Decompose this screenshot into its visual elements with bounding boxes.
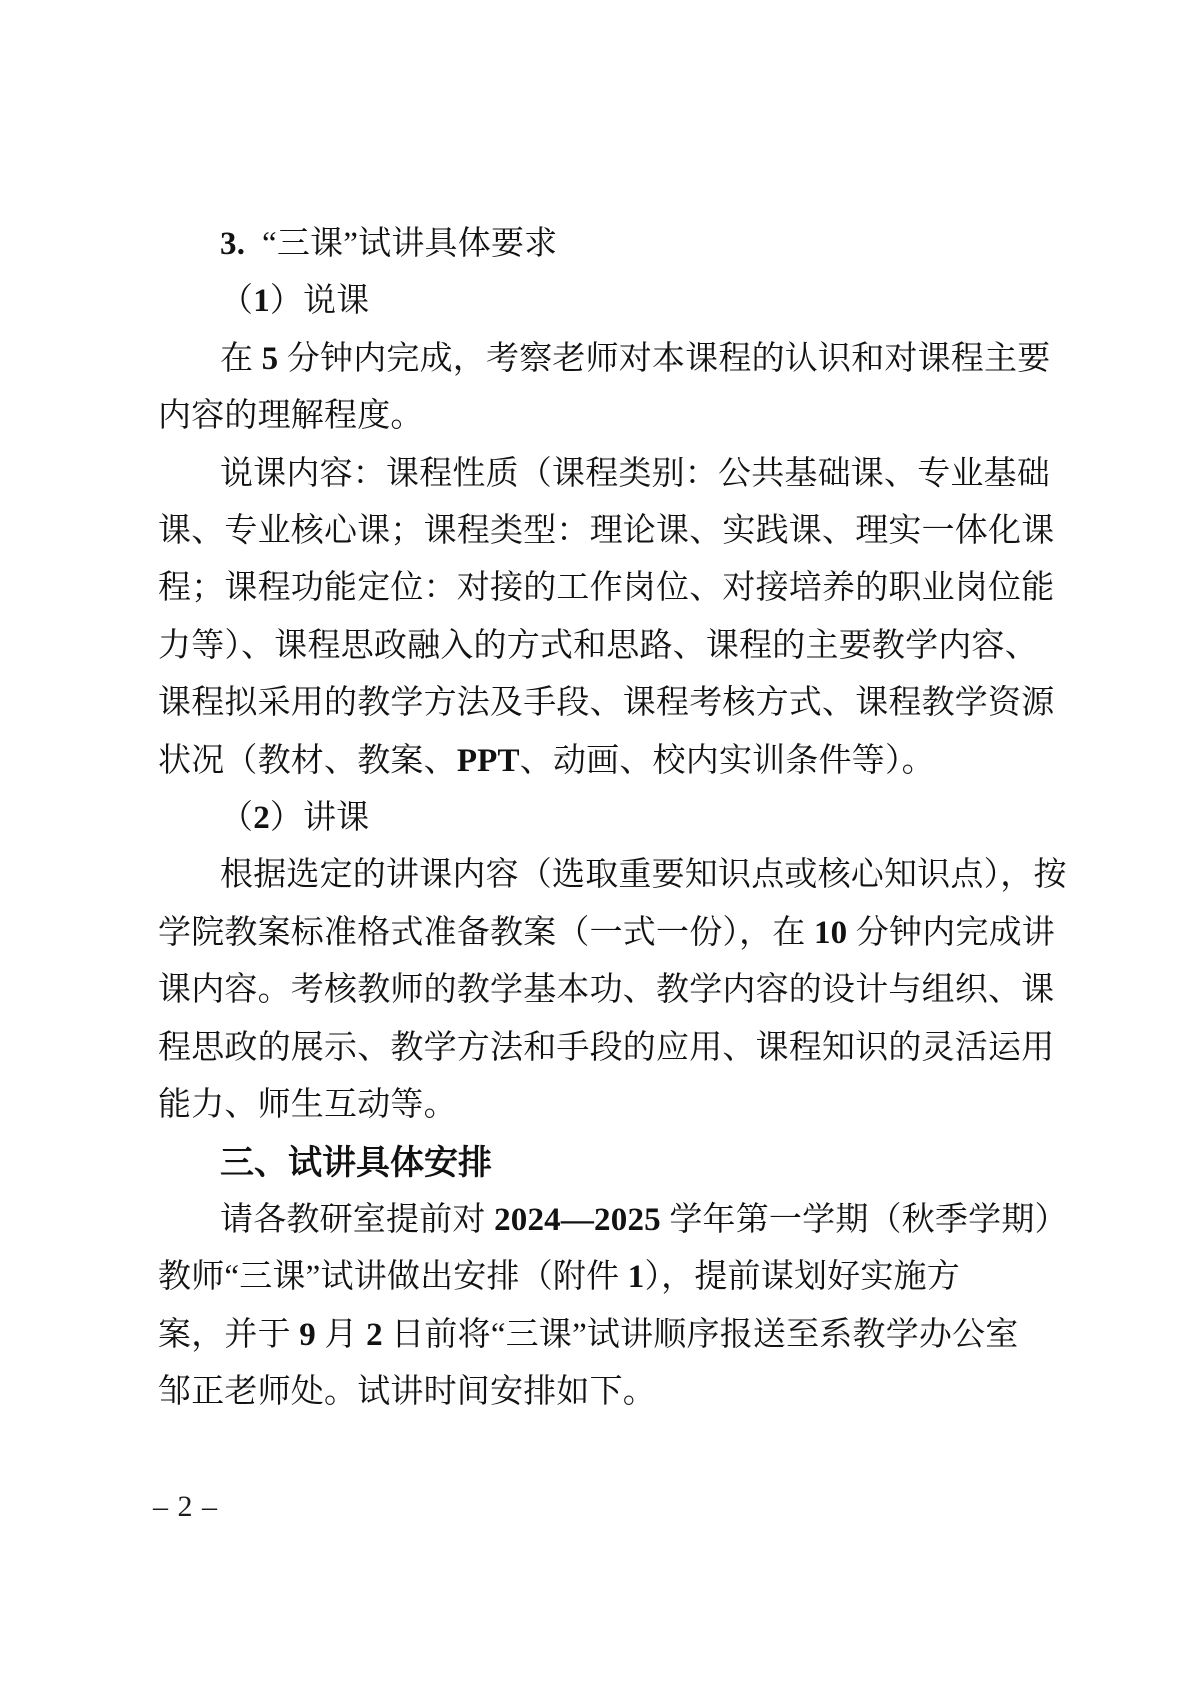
text-line: 状况（教材、教案、PPT、动画、校内实训条件等）。 bbox=[158, 733, 1022, 790]
text-line: 根据选定的讲课内容（选取重要知识点或核心知识点），按 bbox=[158, 847, 1022, 904]
latin-text: PPT bbox=[457, 743, 520, 779]
latin-text: 10 bbox=[814, 915, 847, 951]
text-line: 邹正老师处。试讲时间安排如下。 bbox=[158, 1364, 1022, 1421]
text-line: 课内容。考核教师的教学基本功、教学内容的设计与组织、课 bbox=[158, 962, 1022, 1019]
document-body: 3. “三课”试讲具体要求（1）说课在 5 分钟内完成，考察老师对本课程的认识和… bbox=[158, 216, 1022, 1422]
document-page: 3. “三课”试讲具体要求（1）说课在 5 分钟内完成，考察老师对本课程的认识和… bbox=[0, 0, 1191, 1684]
text-line: （1）说课 bbox=[158, 273, 1022, 330]
latin-text: 2 bbox=[366, 1317, 383, 1353]
text-line: 3. “三课”试讲具体要求 bbox=[158, 216, 1022, 273]
text-line: 学院教案标准格式准备教案（一式一份），在 10 分钟内完成讲 bbox=[158, 905, 1022, 962]
text-line: 教师“三课”试讲做出安排（附件 1），提前谋划好实施方 bbox=[158, 1249, 1022, 1306]
latin-text: 2 bbox=[253, 800, 270, 836]
text-line: 力等）、课程思政融入的方式和思路、课程的主要教学内容、 bbox=[158, 618, 1022, 675]
latin-text: 1 bbox=[628, 1259, 645, 1295]
text-line: 课、专业核心课；课程类型：理论课、实践课、理实一体化课 bbox=[158, 503, 1022, 560]
text-line: 程思政的展示、教学方法和手段的应用、课程知识的灵活运用 bbox=[158, 1020, 1022, 1077]
page-number: – 2 – bbox=[153, 1490, 218, 1524]
text-line: 在 5 分钟内完成，考察老师对本课程的认识和对课程主要 bbox=[158, 331, 1022, 388]
text-line: 内容的理解程度。 bbox=[158, 388, 1022, 445]
text-line: 能力、师生互动等。 bbox=[158, 1077, 1022, 1134]
latin-text: 9 bbox=[299, 1317, 316, 1353]
text-line: 说课内容：课程性质（课程类别：公共基础课、专业基础 bbox=[158, 446, 1022, 503]
latin-text: 5 bbox=[262, 341, 279, 377]
latin-text: 2024—2025 bbox=[494, 1202, 661, 1238]
latin-text: 3. bbox=[220, 226, 245, 262]
text-line: 程；课程功能定位：对接的工作岗位、对接培养的职业岗位能 bbox=[158, 560, 1022, 617]
latin-text: 1 bbox=[253, 283, 270, 319]
section-heading: 三、试讲具体安排 bbox=[158, 1135, 1022, 1192]
text-line: 案，并于 9 月 2 日前将“三课”试讲顺序报送至系教学办公室 bbox=[158, 1307, 1022, 1364]
text-line: （2）讲课 bbox=[158, 790, 1022, 847]
text-line: 课程拟采用的教学方法及手段、课程考核方式、课程教学资源 bbox=[158, 675, 1022, 732]
text-line: 请各教研室提前对 2024—2025 学年第一学期（秋季学期） bbox=[158, 1192, 1022, 1249]
